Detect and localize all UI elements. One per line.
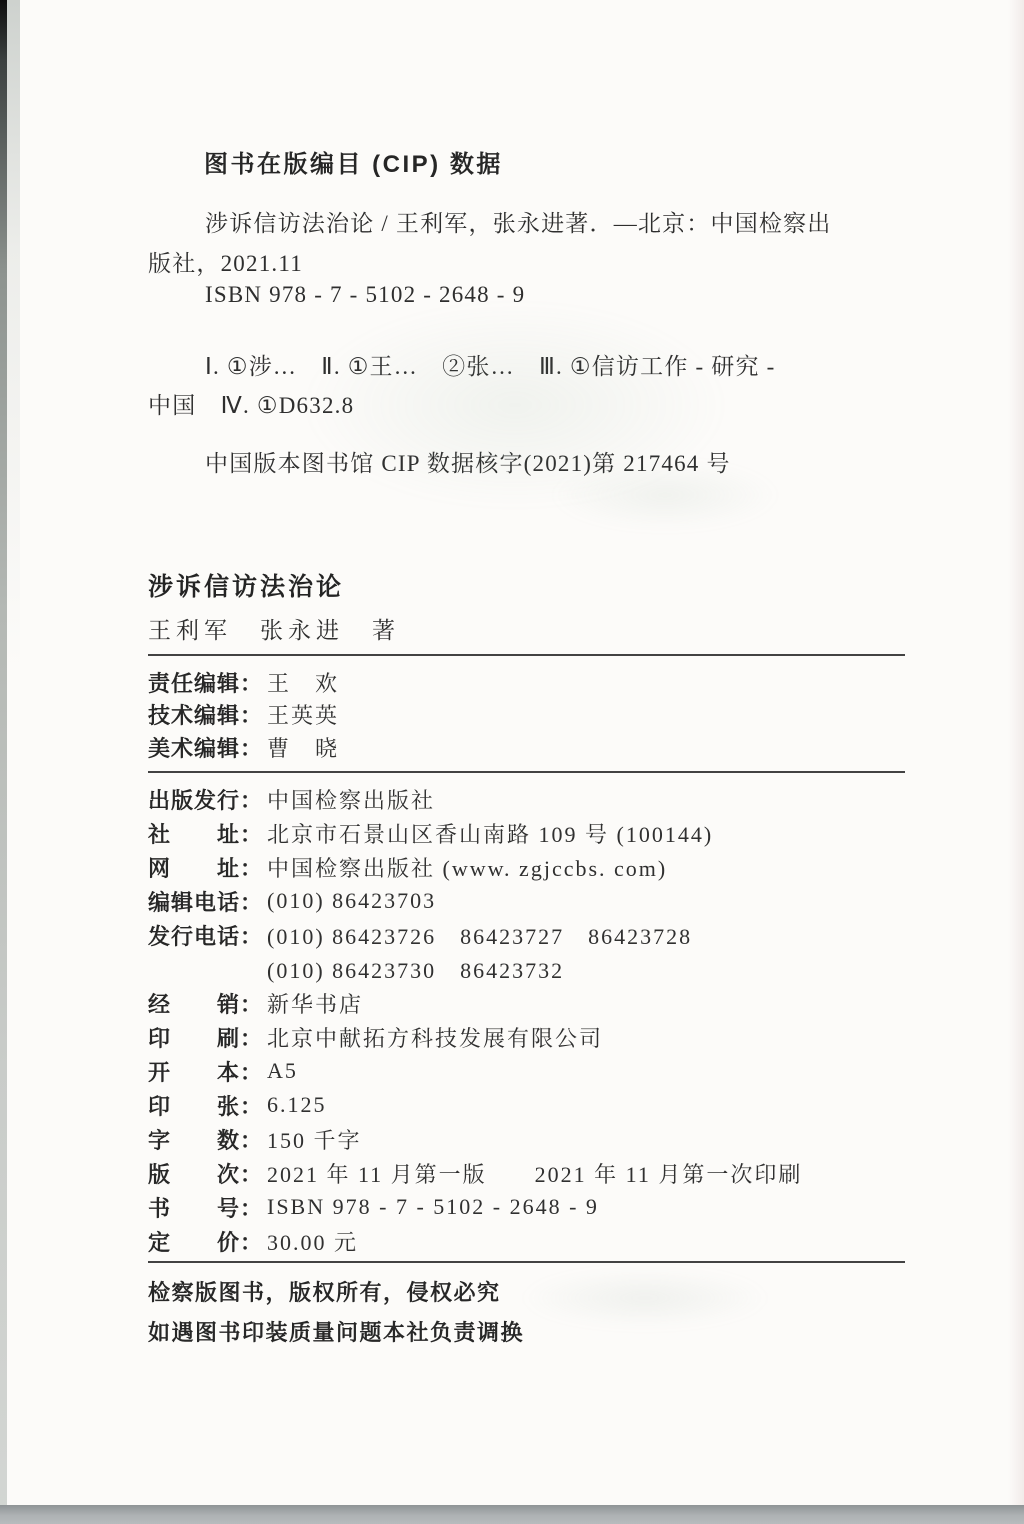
divider-rule-top (148, 654, 905, 656)
colophon-label: 印 张： (148, 1090, 267, 1121)
colophon-label: 定 价： (148, 1226, 267, 1257)
cip-bibliographic-line-2: 版社，2021.11 (148, 245, 303, 278)
colophon-row: 网 址： 中国检察出版社 (www. zgjccbs. com) (148, 850, 802, 884)
colophon-label: 编辑电话： (148, 886, 267, 917)
editor-label: 技术编辑： (148, 699, 267, 730)
editor-row: 美术编辑： 曹 晓 (148, 731, 339, 764)
divider-rule-bottom (148, 1261, 905, 1263)
page-left-edge-shadow (7, 0, 20, 838)
book-title: 涉诉信访法治论 (148, 567, 344, 603)
colophon-label: 版 次： (148, 1158, 267, 1189)
colophon-value: 6.125 (267, 1092, 327, 1118)
editor-row: 责任编辑： 王 欢 (148, 666, 339, 699)
colophon-label: 书 号： (148, 1192, 267, 1223)
colophon-row: 出版发行： 中国检察出版社 (148, 782, 802, 816)
colophon-row: 印 张： 6.125 (148, 1088, 802, 1122)
cip-bibliographic-line-1: 涉诉信访法治论 / 王利军，张永进著．—北京：中国检察出 (205, 205, 832, 238)
editor-value: 王英英 (267, 699, 339, 730)
colophon-label: 字 数： (148, 1124, 267, 1155)
colophon-value: 北京市石景山区香山南路 109 号 (100144) (267, 818, 713, 849)
colophon-value: (010) 86423730 86423732 (267, 954, 564, 985)
colophon-row: 经 销： 新华书店 (148, 986, 802, 1020)
editor-row: 技术编辑： 王英英 (148, 699, 339, 732)
colophon-row: 定 价： 30.00 元 (148, 1224, 802, 1258)
editors-block: 责任编辑： 王 欢 技术编辑： 王英英 美术编辑： 曹 晓 (148, 666, 339, 764)
copyright-notice: 检察版图书，版权所有，侵权必究 (148, 1276, 501, 1307)
colophon-label: 网 址： (148, 852, 267, 883)
colophon-row: 版 次： 2021 年 11 月第一版 2021 年 11 月第一次印刷 (148, 1156, 802, 1190)
editor-label: 责任编辑： (148, 667, 267, 698)
colophon-value: 中国检察出版社 (267, 784, 435, 815)
editor-value: 王 欢 (267, 667, 339, 698)
colophon-label: 社 址： (148, 818, 267, 849)
colophon-value: 150 千字 (267, 1124, 362, 1155)
cip-isbn-line: ISBN 978 - 7 - 5102 - 2648 - 9 (205, 282, 525, 308)
editor-label: 美术编辑： (148, 732, 267, 763)
quality-exchange-notice: 如遇图书印装质量问题本社负责调换 (148, 1316, 524, 1347)
colophon-row: 书 号： ISBN 978 - 7 - 5102 - 2648 - 9 (148, 1190, 802, 1224)
colophon-label: 经 销： (148, 988, 267, 1019)
colophon-block: 出版发行： 中国检察出版社 社 址： 北京市石景山区香山南路 109 号 (10… (148, 782, 802, 1258)
page-right-edge-shadow (1008, 0, 1024, 1524)
colophon-label: 发行电话： (148, 920, 267, 951)
colophon-value: ISBN 978 - 7 - 5102 - 2648 - 9 (267, 1194, 599, 1220)
colophon-value: 2021 年 11 月第一版 2021 年 11 月第一次印刷 (267, 1158, 802, 1189)
colophon-value: A5 (267, 1058, 298, 1084)
cip-heading: 图书在版编目 (CIP) 数据 (204, 144, 503, 179)
colophon-row: 发行电话： (010) 86423726 86423727 86423728 (148, 918, 802, 952)
ink-bleedthrough-artifact (520, 1268, 770, 1328)
ink-bleedthrough-artifact (300, 300, 730, 510)
book-authors: 王利军 张永进 著 (148, 612, 400, 645)
colophon-value: (010) 86423703 (267, 888, 436, 914)
colophon-row: 社 址： 北京市石景山区香山南路 109 号 (100144) (148, 816, 802, 850)
colophon-value: 北京中献拓方科技发展有限公司 (267, 1022, 603, 1053)
page-bottom-edge (0, 1505, 1024, 1524)
divider-rule-middle (148, 771, 905, 773)
colophon-value: (010) 86423726 86423727 86423728 (267, 920, 692, 951)
colophon-label: 出版发行： (148, 784, 267, 815)
editor-value: 曹 晓 (267, 732, 339, 763)
cip-classification-line-2: 中国 Ⅳ. ①D632.8 (148, 387, 354, 420)
colophon-label: 印 刷： (148, 1022, 267, 1053)
colophon-label: 开 本： (148, 1056, 267, 1087)
colophon-value: 中国检察出版社 (www. zgjccbs. com) (267, 852, 667, 883)
book-copyright-page: 图书在版编目 (CIP) 数据 涉诉信访法治论 / 王利军，张永进著．—北京：中… (0, 0, 1024, 1524)
colophon-value: 30.00 元 (267, 1226, 358, 1257)
colophon-value: 新华书店 (267, 988, 363, 1019)
page-left-edge (0, 0, 7, 1524)
cip-classification-line-1: Ⅰ. ①涉… Ⅱ. ①王… ②张… Ⅲ. ①信访工作 - 研究 - (205, 348, 776, 381)
colophon-row: 字 数： 150 千字 (148, 1122, 802, 1156)
colophon-row: 印 刷： 北京中献拓方科技发展有限公司 (148, 1020, 802, 1054)
colophon-row-continuation: (010) 86423730 86423732 (148, 952, 802, 986)
cip-registry-line: 中国版本图书馆 CIP 数据核字(2021)第 217464 号 (205, 445, 731, 478)
colophon-row: 开 本： A5 (148, 1054, 802, 1088)
colophon-row: 编辑电话： (010) 86423703 (148, 884, 802, 918)
